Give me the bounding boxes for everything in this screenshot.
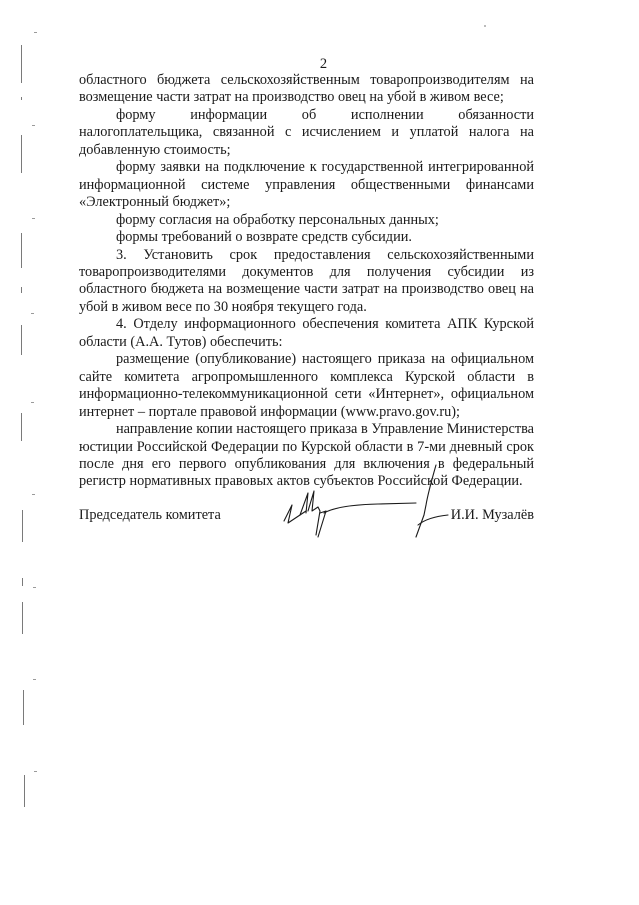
scan-margin-marks bbox=[0, 0, 45, 905]
document-body: областного бюджета сельскохозяйственным … bbox=[79, 72, 534, 491]
signatory-title: Председатель комитета bbox=[79, 507, 221, 524]
page-number: 2 bbox=[0, 56, 639, 73]
paragraph-continuation: областного бюджета сельскохозяйственным … bbox=[79, 72, 534, 107]
paragraph-item-4: 4. Отделу информационного обеспечения ко… bbox=[79, 316, 534, 351]
paragraph-refund-form: формы требований о возврате средств субс… bbox=[79, 229, 534, 246]
paragraph-publication: размещение (опубликование) настоящего пр… bbox=[79, 351, 534, 421]
paragraph-consent-form: форму согласия на обработку персональных… bbox=[79, 212, 534, 229]
paragraph-tax-info-form: форму информации об исполнении обязаннос… bbox=[79, 107, 534, 159]
signatory-name: И.И. Музалёв bbox=[451, 507, 534, 524]
signature-block: Председатель комитета И.И. Музалёв bbox=[79, 507, 534, 537]
paragraph-item-3: 3. Установить срок предоставления сельск… bbox=[79, 247, 534, 317]
paragraph-electronic-budget-form: форму заявки на подключение к государств… bbox=[79, 159, 534, 211]
